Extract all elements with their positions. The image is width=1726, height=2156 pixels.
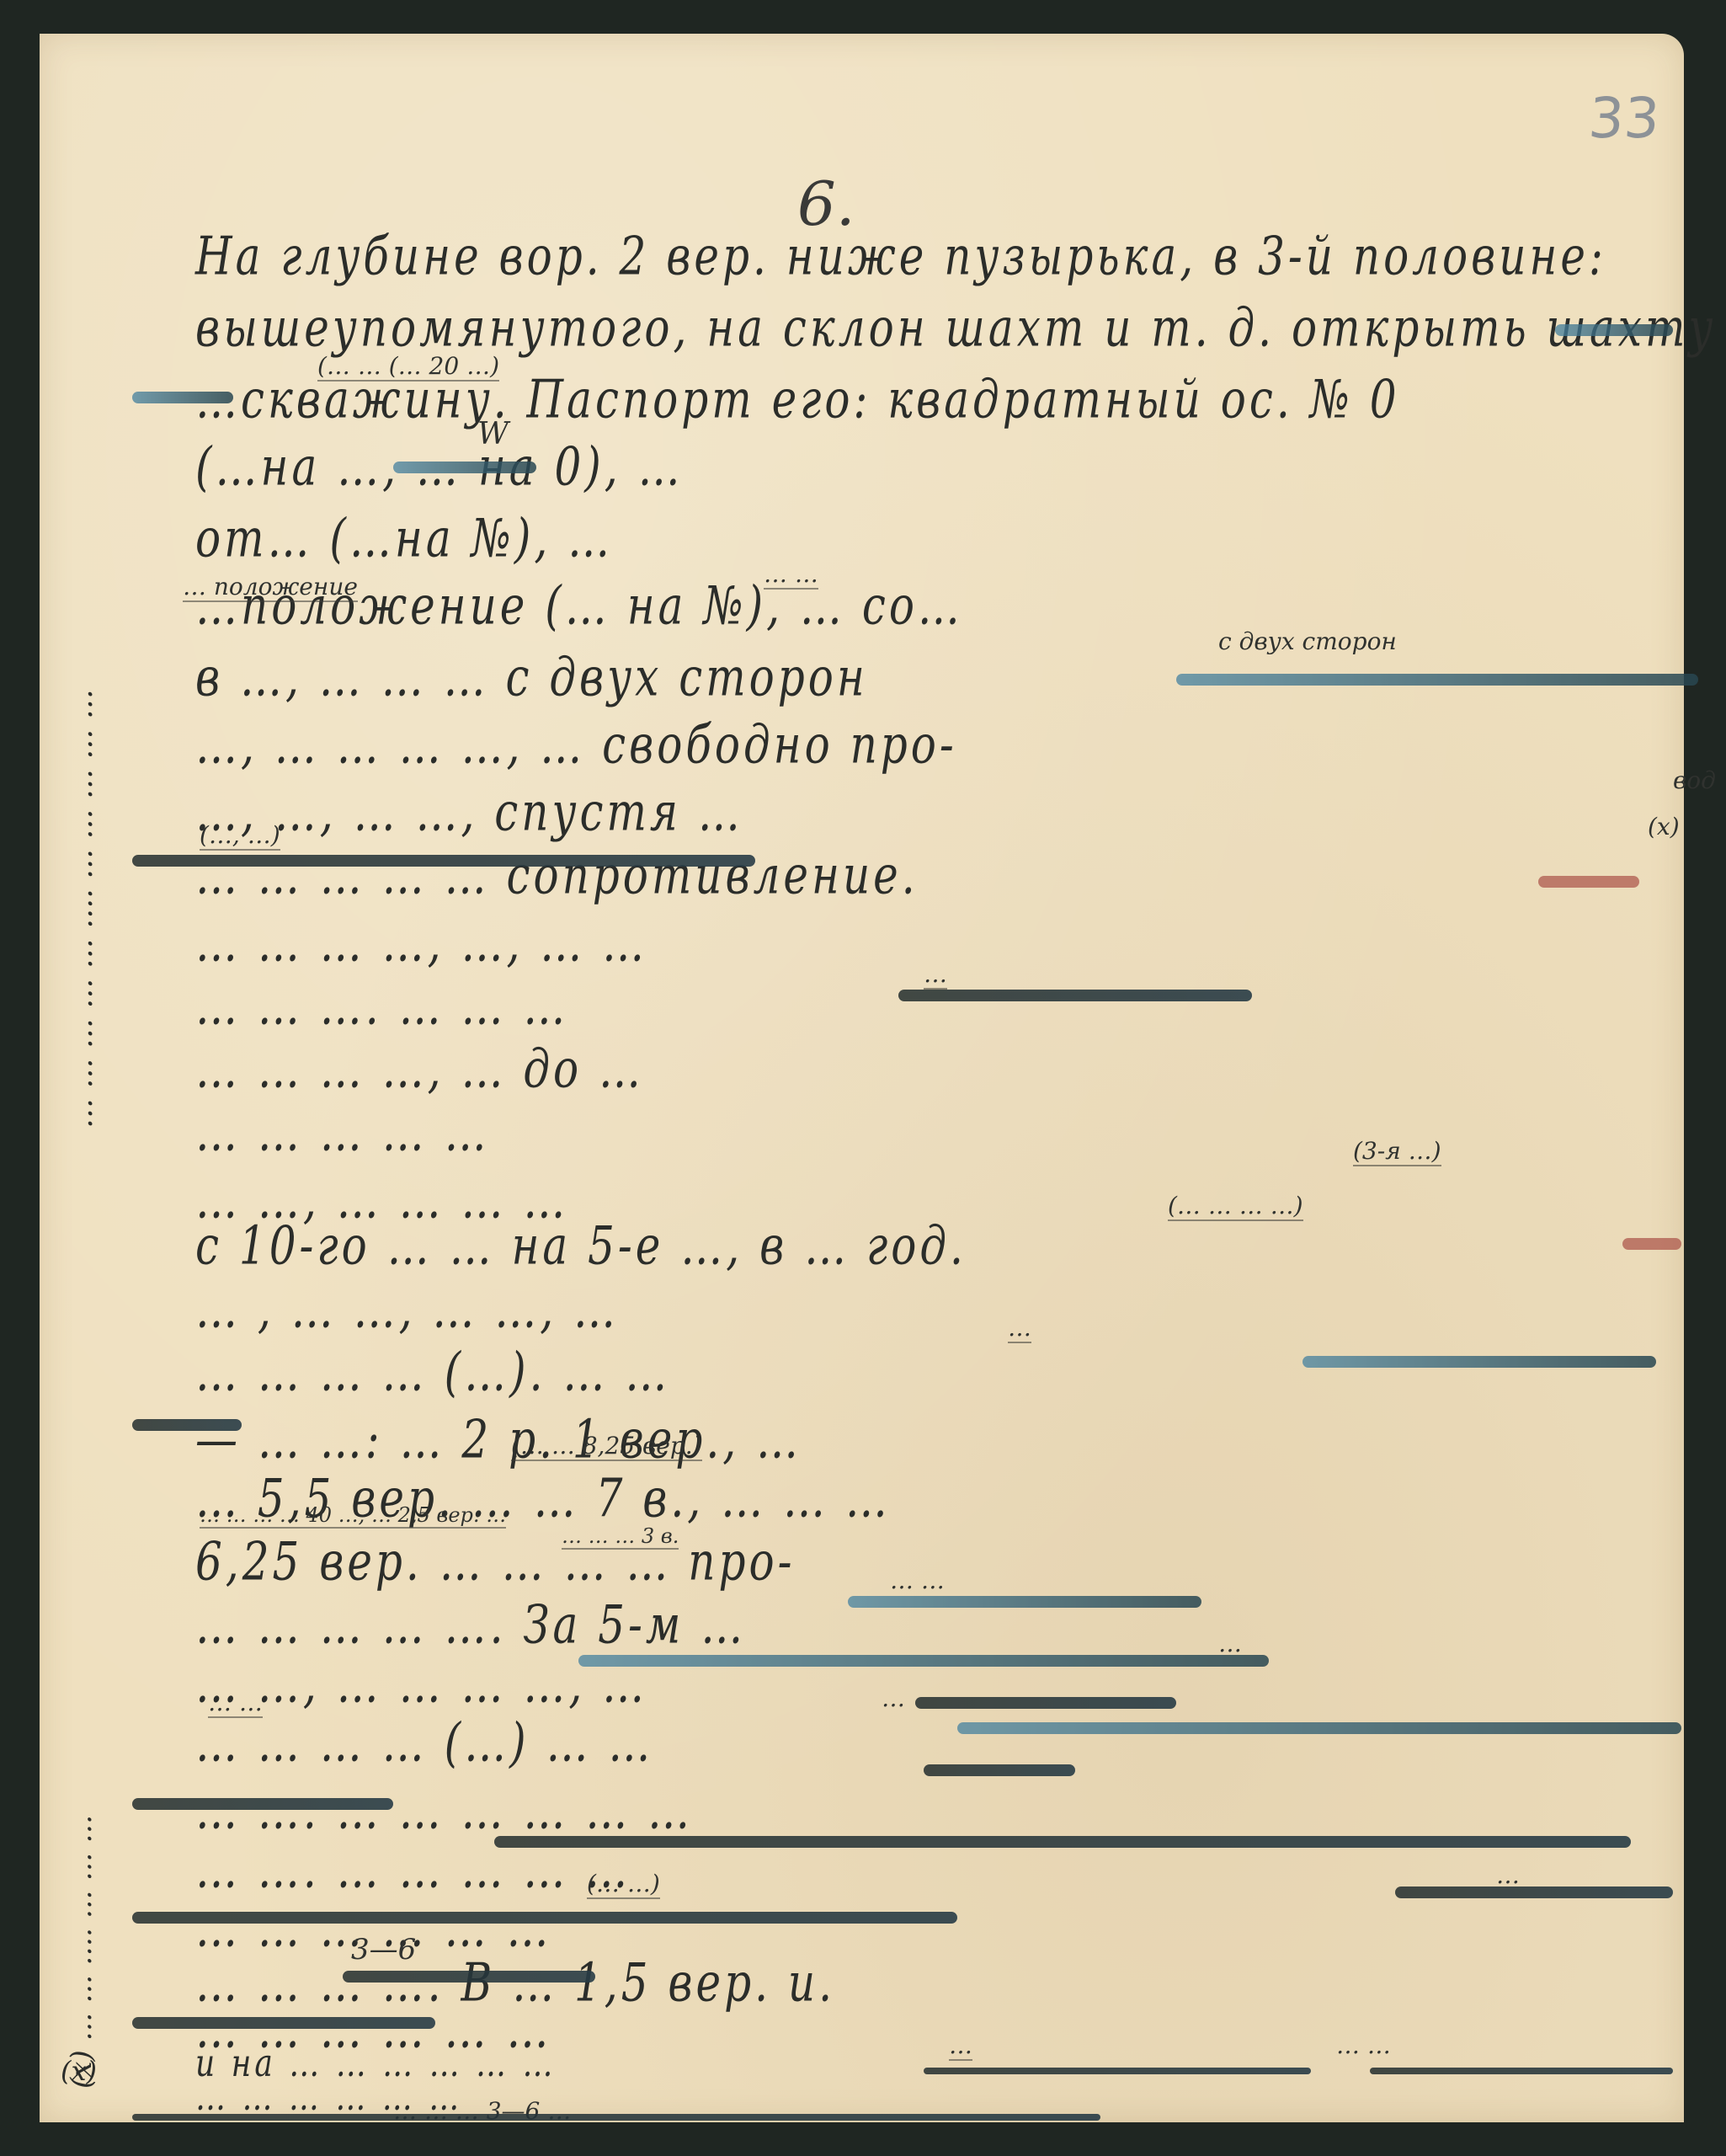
- text-line: … … …. … … …: [195, 975, 1711, 1037]
- interlinear-insertion: (… … 8,25 вер.): [511, 1432, 702, 1461]
- strikethrough-mark: [132, 1798, 393, 1810]
- strikethrough-mark: [132, 2017, 435, 2029]
- text-line: от… (…на №), …: [195, 508, 1711, 569]
- text-line: 6,25 вер. … … … … про-: [195, 1531, 1711, 1593]
- strikethrough-mark: [1370, 2068, 1673, 2074]
- interlinear-insertion: … …: [890, 1566, 945, 1594]
- interlinear-insertion: … …: [764, 560, 818, 590]
- interlinear-insertion: … … … … 40 …, … 2,5 вер. …: [200, 1503, 506, 1529]
- interlinear-insertion: вод: [1673, 766, 1716, 794]
- interlinear-insertion: (… …): [587, 1870, 660, 1899]
- text-line: …положение (… на №), … со…: [195, 575, 1711, 637]
- interlinear-insertion: … …: [208, 1689, 263, 1718]
- text-line: с 10-го … … на 5-е …, в … год.: [195, 1215, 1711, 1277]
- strikethrough-mark: [848, 1596, 1201, 1608]
- strikethrough-mark: [1302, 1356, 1656, 1368]
- interlinear-insertion: (3-я …): [1353, 1137, 1441, 1166]
- text-line: вышеупомянутого, на склон шахт и т. д. о…: [195, 297, 1711, 359]
- text-line: … , … …, … …, …: [195, 1278, 1711, 1340]
- interlinear-insertion: 3—6: [351, 1933, 416, 1967]
- interlinear-insertion: … … … 3—6 …: [393, 2097, 571, 2125]
- margin-note: (x) … … …. … … …: [65, 1815, 99, 2089]
- interlinear-insertion: …: [1008, 1314, 1031, 1343]
- interlinear-insertion: (… … (… 20 …): [317, 352, 499, 382]
- text-line: … … … … … …: [195, 1897, 1711, 1959]
- strikethrough-mark: [494, 1836, 1631, 1848]
- footnote-marker: (x): [61, 2055, 97, 2087]
- strikethrough-mark: [1395, 1886, 1673, 1898]
- strikethrough-mark: [898, 990, 1252, 1001]
- text-line: — … …: … 2 р. 1 вер., …: [195, 1409, 1711, 1470]
- interlinear-insertion: …: [882, 1684, 905, 1712]
- interlinear-insertion: с двух сторон: [1218, 627, 1397, 655]
- interlinear-insertion: … …: [1336, 2031, 1391, 2059]
- strikethrough-mark: [957, 1722, 1681, 1734]
- strikethrough-mark: [1555, 324, 1673, 336]
- strikethrough-mark: [1176, 674, 1698, 686]
- strikethrough-mark: [132, 392, 233, 403]
- page-number: 33: [1586, 86, 1661, 151]
- interlinear-insertion: W: [477, 417, 509, 451]
- strikethrough-mark: [132, 855, 755, 867]
- strikethrough-mark: [132, 2114, 1100, 2121]
- text-line: … … … … …: [195, 1102, 1711, 1163]
- strikethrough-mark: [393, 462, 536, 473]
- manuscript-sheet: 33 6. На глубине вор. 2 вер. ниже пузырь…: [40, 34, 1684, 2122]
- interlinear-insertion: …: [924, 960, 947, 990]
- strikethrough-mark: [1538, 876, 1639, 888]
- strikethrough-mark: [343, 1971, 595, 1983]
- interlinear-insertion: (… … … …): [1168, 1192, 1303, 1221]
- text-line: На глубине вор. 2 вер. ниже пузырька, в …: [195, 226, 1711, 287]
- text-line: … …. … … … … … …: [195, 1780, 1711, 1841]
- strikethrough-mark: [924, 2068, 1311, 2074]
- interlinear-insertion: (x): [1648, 813, 1680, 841]
- interlinear-insertion: …: [1218, 1630, 1242, 1657]
- strikethrough-mark: [924, 1764, 1075, 1776]
- interlinear-insertion: … положение: [183, 573, 358, 602]
- strikethrough-mark: [915, 1697, 1176, 1709]
- text-line: … … … …, …, … …: [195, 912, 1711, 974]
- interlinear-insertion: … … … 3 в.: [562, 1524, 679, 1550]
- strikethrough-mark: [132, 1419, 242, 1431]
- interlinear-insertion: …: [949, 2031, 972, 2061]
- text-line: …, … … … …, … свободно про-: [195, 714, 1711, 776]
- strikethrough-mark: [1622, 1238, 1681, 1250]
- strikethrough-mark: [132, 1912, 957, 1924]
- text-line: … … … …, … до …: [195, 1038, 1711, 1100]
- strikethrough-mark: [578, 1655, 1269, 1667]
- text-line: … … … … (…). … …: [195, 1342, 1711, 1403]
- interlinear-insertion: (…, …): [200, 821, 280, 851]
- text-line: …, …, … …, спустя …: [195, 782, 1711, 843]
- interlinear-insertion: …: [1496, 1861, 1520, 1889]
- text-line: … … … … … сопротивление.: [195, 845, 1711, 906]
- margin-note: … … … … … …. … … … … …: [65, 689, 99, 1129]
